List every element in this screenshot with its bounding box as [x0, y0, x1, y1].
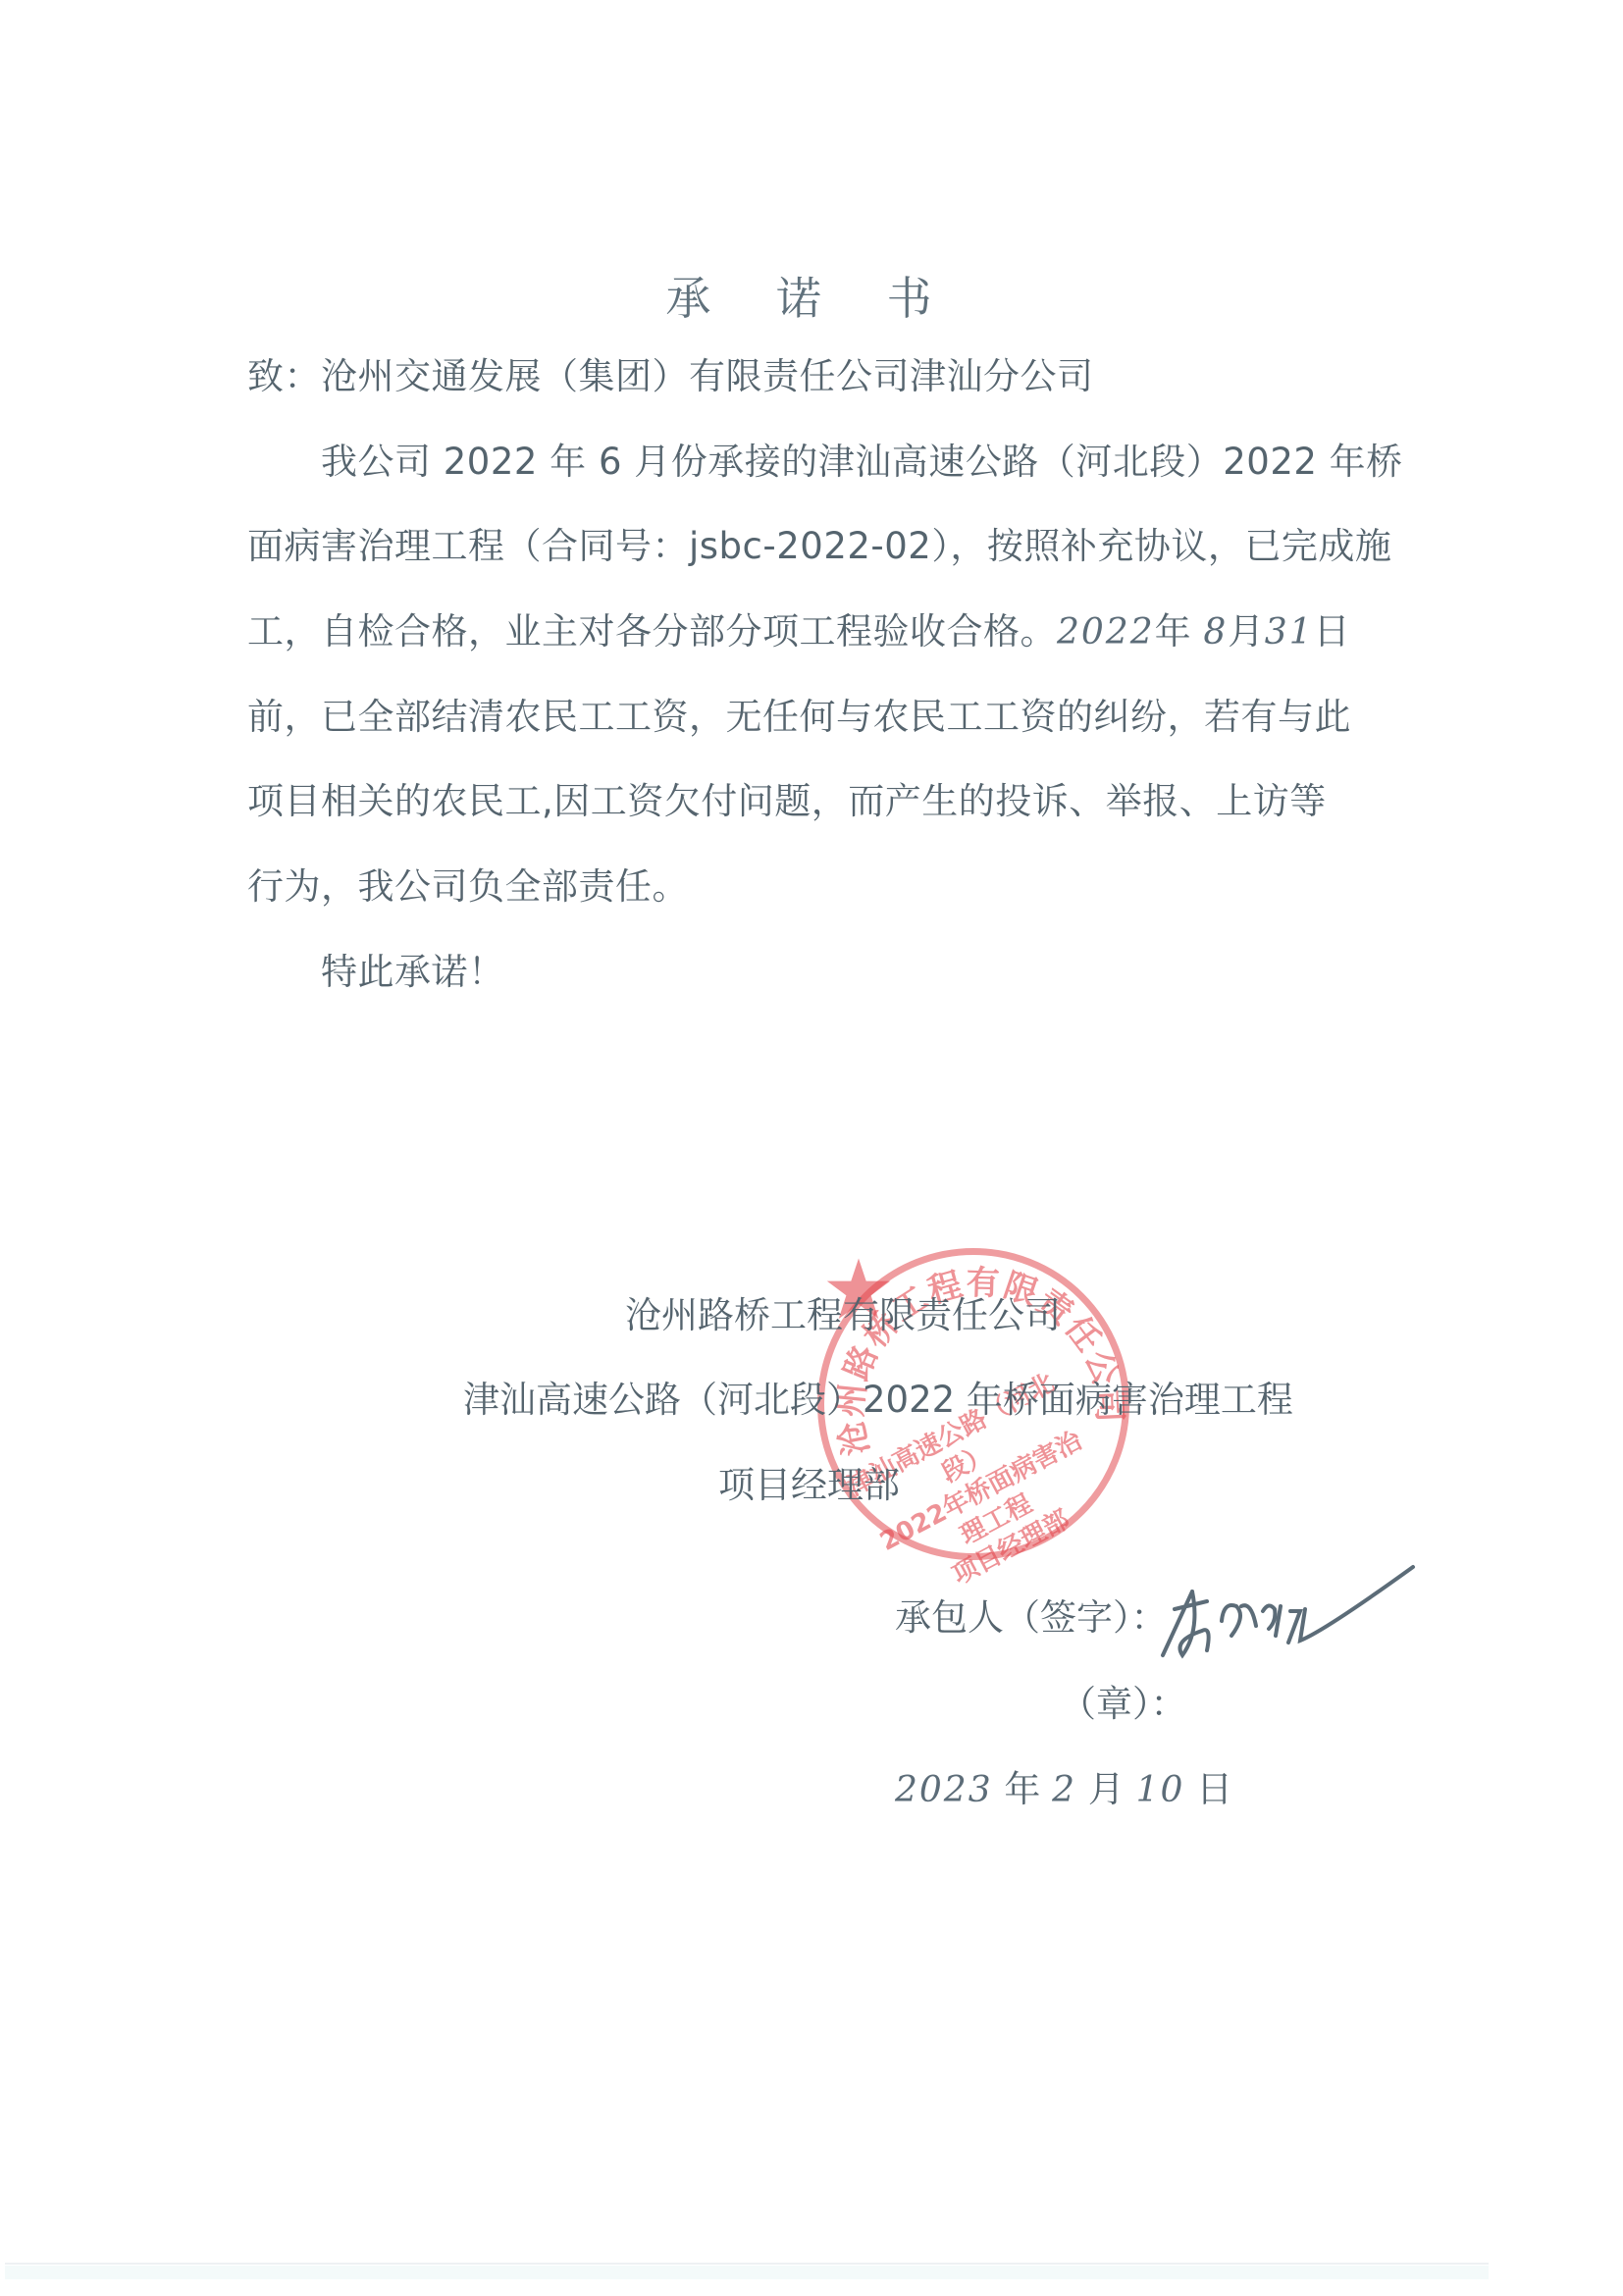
recipient-line: 致：沧州交通发展（集团）有限责任公司津汕分公司: [247, 358, 1094, 394]
body-line-5: 项目相关的农民工,因工资欠付问题，而产生的投诉、举报、上访等: [247, 783, 1327, 819]
svg-text:沧州路桥工程有限责任公司: 沧州路桥工程有限责任公司: [831, 1263, 1129, 1458]
signing-date-year-suffix: 年: [1004, 1768, 1040, 1810]
seal-label: （章）：: [1060, 1686, 1187, 1722]
signing-date-month-suffix: 月: [1088, 1768, 1125, 1810]
body-line-4: 前，已全部结清农民工工资，无任何与农民工工资的纠纷，若有与此: [247, 699, 1351, 735]
scan-edge-band: [5, 2266, 1489, 2279]
closing-statement: 特此承诺！: [321, 954, 505, 990]
signing-date-month: 2: [1052, 1770, 1076, 1810]
body-line-3: 工，自检合格，业主对各分部分项工程验收合格。2022年 8月31日: [247, 613, 1350, 651]
scan-edge-rule: [5, 2263, 1489, 2265]
deadline-month-suffix: 月: [1228, 610, 1265, 652]
handwritten-deadline-month: 8: [1203, 612, 1228, 652]
contractor-signature-label: 承包人（签字）：: [895, 1599, 1168, 1636]
signing-date-day: 10: [1136, 1770, 1185, 1810]
deadline-year-suffix: 年: [1155, 610, 1192, 652]
handwritten-deadline-year: 2022: [1057, 612, 1155, 652]
document-title: 承 诺 书: [0, 263, 1623, 328]
signing-date-day-suffix: 日: [1196, 1768, 1232, 1810]
body-line-2: 面病害治理工程（合同号：jsbc-2022-02），按照补充协议，已完成施: [247, 528, 1391, 564]
body-line-6: 行为，我公司负全部责任。: [247, 868, 689, 905]
handwritten-deadline-day: 31: [1265, 612, 1314, 652]
body-line-1: 我公司 2022 年 6 月份承接的津汕高速公路（河北段）2022 年桥: [321, 444, 1403, 480]
seal-inner-line-2: 2022年桥面病害治理工程: [869, 1423, 1107, 1590]
signatory-company: 沧州路桥工程有限责任公司: [625, 1297, 1061, 1333]
signatory-department: 项目经理部: [718, 1467, 900, 1503]
document-page: 承 诺 书 致：沧州交通发展（集团）有限责任公司津汕分公司 我公司 2022 年…: [0, 0, 1623, 2296]
signatory-project: 津汕高速公路（河北段）2022 年桥面病害治理工程: [463, 1382, 1293, 1418]
handwritten-signature-icon: [1153, 1562, 1418, 1670]
signing-date: 2023 年 2 月 10 日: [895, 1771, 1232, 1808]
deadline-day-suffix: 日: [1314, 610, 1351, 652]
body-line-3-text: 工，自检合格，业主对各分部分项工程验收合格。: [247, 610, 1057, 652]
signing-date-year: 2023: [895, 1770, 993, 1810]
